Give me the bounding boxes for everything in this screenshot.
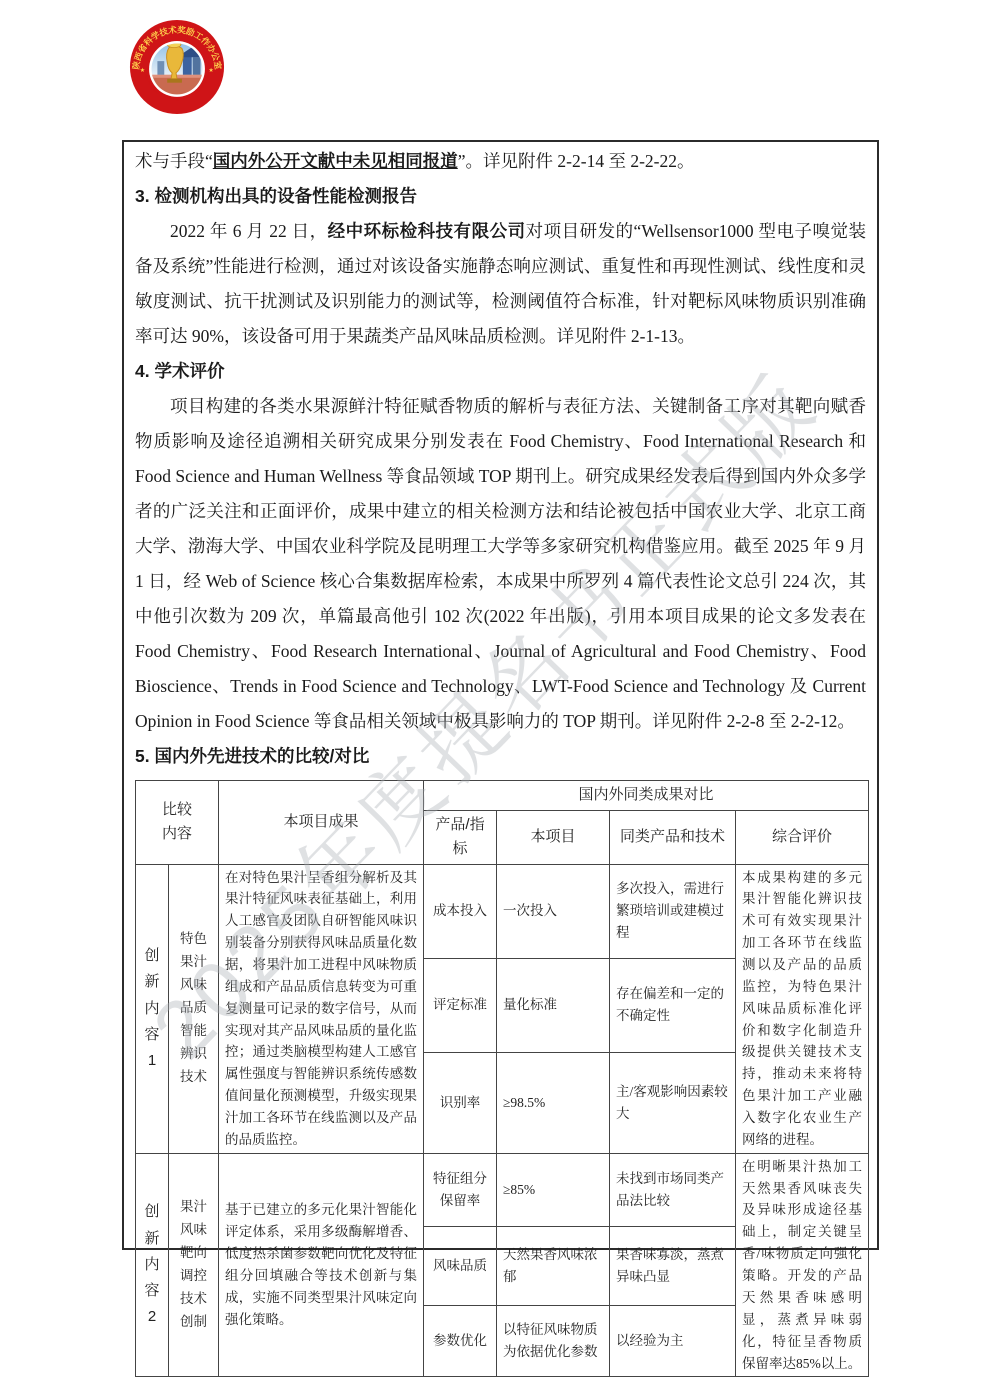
table-cell-similar: 果香味寡淡，蒸煮异味凸显 — [610, 1227, 736, 1306]
table-cell-similar: 存在偏差和一定的不确定性 — [610, 958, 736, 1052]
table-cell-project: 以特征风味物质为依据优化参数 — [497, 1306, 610, 1377]
organization-seal: 陕西省科学技术奖励工作办公室 Office Of Science & Techn… — [128, 18, 226, 116]
header-sub-evaluation: 综合评价 — [736, 811, 869, 865]
p3-pre: 2022 年 6 月 22 日， — [170, 221, 328, 241]
line1-emphasis: 国内外公开文献中未见相同报道 — [213, 151, 458, 171]
p3-emphasis: 经中环标检科技有限公司 — [328, 221, 526, 241]
table-cell-indicator: 风味品质 — [424, 1227, 497, 1306]
continuation-line: 术与手段“国内外公开文献中未见相同报道”。详见附件 2-2-14 至 2-2-2… — [135, 144, 866, 179]
table-cell-indicator: 评定标准 — [424, 958, 497, 1052]
table-cell-similar: 多次投入，需进行繁琐培训或建模过程 — [610, 864, 736, 958]
group2-evaluation: 在明晰果汁热加工天然果香风味丧失及异味形成途径基础上，制定关键呈香/味物质定向强… — [736, 1153, 869, 1377]
header-sub-similar: 同类产品和技术 — [610, 811, 736, 865]
table-cell-project: ≥85% — [497, 1153, 610, 1227]
group1-label: 创新内容1 — [136, 864, 169, 1153]
seal-icon: 陕西省科学技术奖励工作办公室 Office Of Science & Techn… — [128, 18, 226, 116]
body-text: 术与手段“国内外公开文献中未见相同报道”。详见附件 2-2-14 至 2-2-2… — [135, 144, 866, 774]
content-frame: 术与手段“国内外公开文献中未见相同报道”。详见附件 2-2-14 至 2-2-2… — [122, 140, 879, 1250]
comparison-table: 比较内容 本项目成果 国内外同类成果对比 产品/指标 本项目 同类产品和技术 综… — [135, 780, 869, 1377]
table-cell-similar: 以经验为主 — [610, 1306, 736, 1377]
table-cell-project: 天然果香风味浓郁 — [497, 1227, 610, 1306]
section-heading-4: 4. 学术评价 — [135, 354, 866, 389]
table-cell-indicator: 参数优化 — [424, 1306, 497, 1377]
header-group: 国内外同类成果对比 — [424, 781, 869, 811]
group1-evaluation: 本成果构建的多元果汁智能化辨识技术可有效实现果汁加工各环节在线监测以及产品的品质… — [736, 864, 869, 1153]
table-cell-similar: 未找到市场同类产品法比较 — [610, 1153, 736, 1227]
group1-tech: 特色果汁风味品质智能辨识技术 — [169, 864, 219, 1153]
table-cell-indicator: 识别率 — [424, 1052, 497, 1153]
table-cell-project: 量化标准 — [497, 958, 610, 1052]
seal-star-left-icon: ★ — [140, 67, 145, 74]
table-cell-project: ≥98.5% — [497, 1052, 610, 1153]
seal-star-right-icon: ★ — [208, 67, 213, 74]
table-cell-project: 一次投入 — [497, 864, 610, 958]
group2-description: 基于已建立的多元化果汁智能化评定体系，采用多级酶解增香、低度热杀菌参数靶向优化及… — [219, 1153, 424, 1377]
header-indicator: 产品/指标 — [424, 811, 497, 865]
header-compare: 比较内容 — [136, 781, 219, 865]
group1-description: 在对特色果汁呈香组分解析及其果汁特征风味表征基础上，利用人工感官及团队自研智能风… — [219, 864, 424, 1153]
group2-label: 创新内容2 — [136, 1153, 169, 1377]
group2-tech: 果汁风味靶向调控技术创制 — [169, 1153, 219, 1377]
table-cell-indicator: 特征组分保留率 — [424, 1153, 497, 1227]
table-cell-indicator: 成本投入 — [424, 864, 497, 958]
section-heading-5: 5. 国内外先进技术的比较/对比 — [135, 739, 866, 774]
paragraph-4: 项目构建的各类水果源鲜汁特征赋香物质的解析与表征方法、关键制备工序对其靶向赋香物… — [135, 389, 866, 739]
header-project-result: 本项目成果 — [219, 781, 424, 865]
document-page: 陕西省科学技术奖励工作办公室 Office Of Science & Techn… — [0, 0, 990, 1399]
section-heading-3: 3. 检测机构出具的设备性能检测报告 — [135, 179, 866, 214]
line1-pre: 术与手段“ — [135, 151, 213, 171]
header-sub-project: 本项目 — [497, 811, 610, 865]
paragraph-3: 2022 年 6 月 22 日，经中环标检科技有限公司对项目研发的“Wellse… — [135, 214, 866, 354]
line1-post: ”。详见附件 2-2-14 至 2-2-22。 — [458, 151, 695, 171]
table-cell-similar: 主/客观影响因素较大 — [610, 1052, 736, 1153]
